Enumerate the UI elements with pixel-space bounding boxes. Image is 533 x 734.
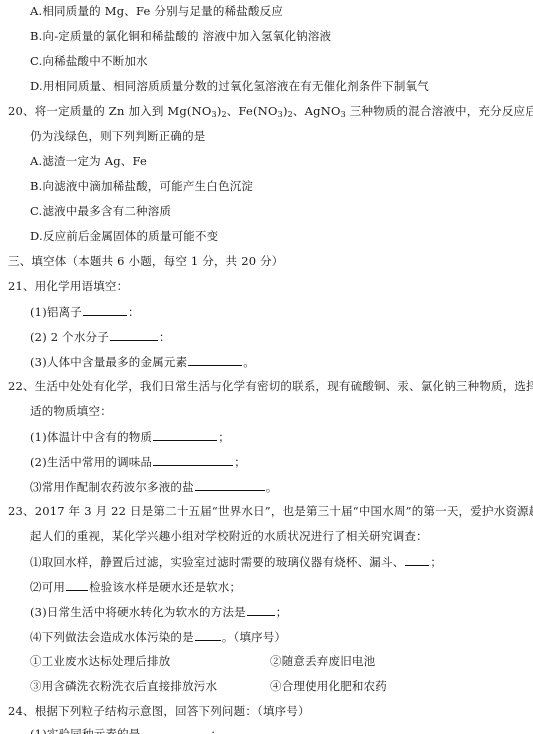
answer-blank[interactable]: [142, 726, 210, 734]
prompt-text: (2) 2 个水分子: [30, 330, 109, 344]
punctuation: ：: [128, 305, 140, 319]
answer-blank[interactable]: [153, 429, 217, 441]
q20-stem-text: 20、将一定质量的 Zn 加入到 Mg(NO: [8, 104, 212, 118]
prompt-text: (1)铝离子: [30, 305, 82, 319]
answer-blank[interactable]: [110, 329, 158, 341]
q19-option-a: A.相同质量的 Mg、Fe 分别与足量的稀盐酸反应: [30, 4, 283, 18]
section-title: 三、填空体（本题共 6 小题，每空 1 分，共 20 分）: [8, 254, 284, 268]
q21-stem: 21、用化学用语填空：: [8, 279, 128, 293]
q21-part2: (2) 2 个水分子：: [30, 329, 171, 344]
answer-blank[interactable]: [153, 454, 233, 466]
q20-option-b: B.向滤液中滴加稀盐酸，可能产生白色沉淀: [30, 179, 253, 193]
punctuation: ；: [430, 555, 442, 569]
prompt-text: (3)日常生活中将硬水转化为软水的方法是: [30, 605, 246, 619]
prompt-text: ⑷下列做法会造成水体污染的是: [30, 630, 194, 644]
prompt-text: 检验该水样是硬水还是软水；: [89, 580, 241, 594]
q20-option-c: C.滤液中最多含有二种溶质: [30, 204, 171, 218]
q23-options-row2: ③用含磷洗衣粉洗衣后直接排放污水 ④合理使用化肥和农药: [30, 679, 510, 693]
q22-stem-line2: 适的物质填空：: [30, 404, 112, 418]
answer-blank[interactable]: [247, 604, 275, 616]
q19-option-b: B.向-定质量的氯化铜和稀盐酸的 溶液中加入氢氧化钠溶液: [30, 29, 331, 43]
q20-stem-line2: 仍为浅绿色，则下列判断正确的是: [30, 129, 206, 143]
answer-blank[interactable]: [405, 554, 429, 566]
answer-blank[interactable]: [83, 304, 127, 316]
option-1: ①工业废水达标处理后排放: [30, 654, 170, 668]
q20-stem-line1: 20、将一定质量的 Zn 加入到 Mg(NO3)2、Fe(NO3)2、AgNO3…: [8, 104, 533, 118]
punctuation: ；: [218, 430, 230, 444]
answer-blank[interactable]: [195, 479, 265, 491]
q23-part3: (3)日常生活中将硬水转化为软水的方法是；: [30, 604, 288, 619]
q24-part1: (1)实验同种元素的是；: [30, 726, 222, 734]
q21-part1: (1)铝离子：: [30, 304, 140, 319]
q21-part3: (3)人体中含量最多的金属元素。: [30, 354, 255, 369]
answer-blank[interactable]: [195, 629, 221, 641]
q22-stem-line1: 22、生活中处处有化学，我们日常生活与化学有密切的联系，现有硫酸铜、汞、氯化钠三…: [8, 379, 533, 393]
q23-stem-line1: 23、2017 年 3 月 22 日是第二十五届“世界水日”，也是第三十届“中国…: [8, 504, 533, 518]
option-2: ②随意丢弃废旧电池: [270, 654, 375, 668]
q20-stem-text: 、Fe(NO: [227, 104, 278, 118]
q19-option-c: C.向稀盐酸中不断加水: [30, 54, 148, 68]
q20-stem-text: 三种物质的混合溶液中，充分反应后过滤，滤液: [346, 104, 533, 118]
prompt-text: ⑵可用: [30, 580, 65, 594]
q19-option-d: D.用相同质量、相同溶质质量分数的过氧化氢溶液在有无催化剂条件下制氧气: [30, 79, 429, 93]
punctuation: ；: [234, 455, 246, 469]
option-4: ④合理使用化肥和农药: [270, 679, 387, 693]
prompt-text: (3)人体中含量最多的金属元素: [30, 355, 187, 369]
q22-part1: (1)体温计中含有的物质；: [30, 429, 230, 444]
answer-blank[interactable]: [66, 579, 88, 591]
prompt-text: (1)实验同种元素的是: [30, 727, 141, 734]
q23-part4: ⑷下列做法会造成水体污染的是。（填序号）: [30, 629, 286, 644]
q22-part3: ⑶常用作配制农药波尔多液的盐。: [30, 479, 278, 494]
q20-option-a: A.滤渣一定为 Ag、Fe: [30, 154, 147, 168]
q23-part2: ⑵可用检验该水样是硬水还是软水；: [30, 579, 241, 594]
punctuation: ；: [276, 605, 288, 619]
q24-stem: 24、根据下列粒子结构示意图，回答下列问题：（填序号）: [8, 704, 310, 718]
q23-stem-line2: 起人们的重视，某化学兴趣小组对学校附近的水质状况进行了相关研究调查：: [30, 529, 428, 543]
prompt-text: 。（填序号）: [222, 630, 286, 644]
prompt-text: ⑴取回水样，静置后过滤，实验室过滤时需要的玻璃仪器有烧杯、漏斗、: [30, 555, 404, 569]
punctuation: 。: [243, 355, 255, 369]
punctuation: ；: [211, 727, 223, 734]
prompt-text: (2)生活中常用的调味品: [30, 455, 152, 469]
punctuation: 。: [266, 480, 278, 494]
option-3: ③用含磷洗衣粉洗衣后直接排放污水: [30, 679, 217, 693]
q20-option-d: D.反应前后金属固体的质量可能不变: [30, 229, 218, 243]
q22-part2: (2)生活中常用的调味品；: [30, 454, 246, 469]
prompt-text: (1)体温计中含有的物质: [30, 430, 152, 444]
punctuation: ：: [159, 330, 171, 344]
q23-part1: ⑴取回水样，静置后过滤，实验室过滤时需要的玻璃仪器有烧杯、漏斗、；: [30, 554, 442, 569]
prompt-text: ⑶常用作配制农药波尔多液的盐: [30, 480, 194, 494]
q23-options-row1: ①工业废水达标处理后排放 ②随意丢弃废旧电池: [30, 654, 510, 668]
answer-blank[interactable]: [188, 354, 242, 366]
q20-stem-text: 、AgNO: [293, 104, 341, 118]
